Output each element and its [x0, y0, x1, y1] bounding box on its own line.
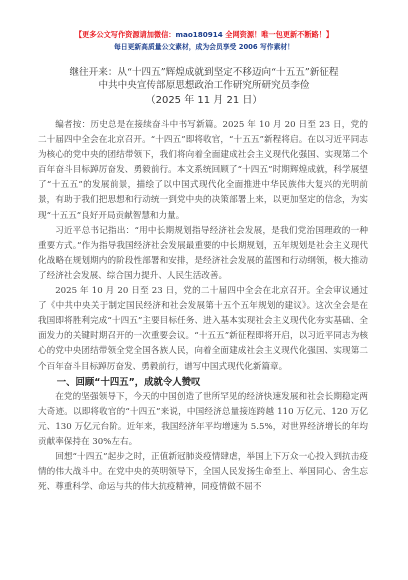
- body-paragraph: 在党的坚强领导下，今天的中国创造了世所罕见的经济快速发展和社会长期稳定两大奇迹。…: [38, 390, 368, 450]
- article-author: 中共中央宣传部原思想政治工作研究所研究员李俭: [0, 77, 408, 91]
- promo-text-red-a: 【更多公文写作资源请加微信：: [75, 30, 176, 39]
- promo-text-red-b: 全网资源！唯一包更新不断路！】: [223, 30, 333, 39]
- article-title: 继往开来：从“十四五”辉煌成就到坚定不移迈向“十五五”新征程: [0, 64, 408, 78]
- article-date: （2025 年 11 月 21 日）: [0, 91, 408, 106]
- promo-line-1: 【更多公文写作资源请加微信：mao180914 全网资源！唯一包更新不断路！】: [0, 30, 408, 40]
- article-body: 编者按：历史总是在接续奋斗中书写新篇。2025 年 10 月 20 日至 23 …: [38, 118, 368, 495]
- promo-wechat-id: mao180914: [176, 30, 223, 39]
- body-paragraph: 回想“十四五”起步之时，正值新冠肺炎疫情肆虐，举国上下万众一心投入到抗击疫情的伟…: [38, 450, 368, 495]
- body-paragraph: 2025 年 10 月 20 日至 23 日，党的二十届四中全会在北京召开。全会…: [38, 284, 368, 375]
- editor-note-paragraph: 编者按：历史总是在接续奋斗中书写新篇。2025 年 10 月 20 日至 23 …: [38, 118, 368, 224]
- section-heading: 一、回顾“十四五”，成就令人赞叹: [38, 375, 368, 390]
- promo-line-2: 每日更新高质量公文素材，成为会员享受 2006 写作素材！: [0, 41, 408, 51]
- body-paragraph: 习近平总书记指出：“用中长期规划指导经济社会发展，是我们党治国理政的一种重要方式…: [38, 224, 368, 284]
